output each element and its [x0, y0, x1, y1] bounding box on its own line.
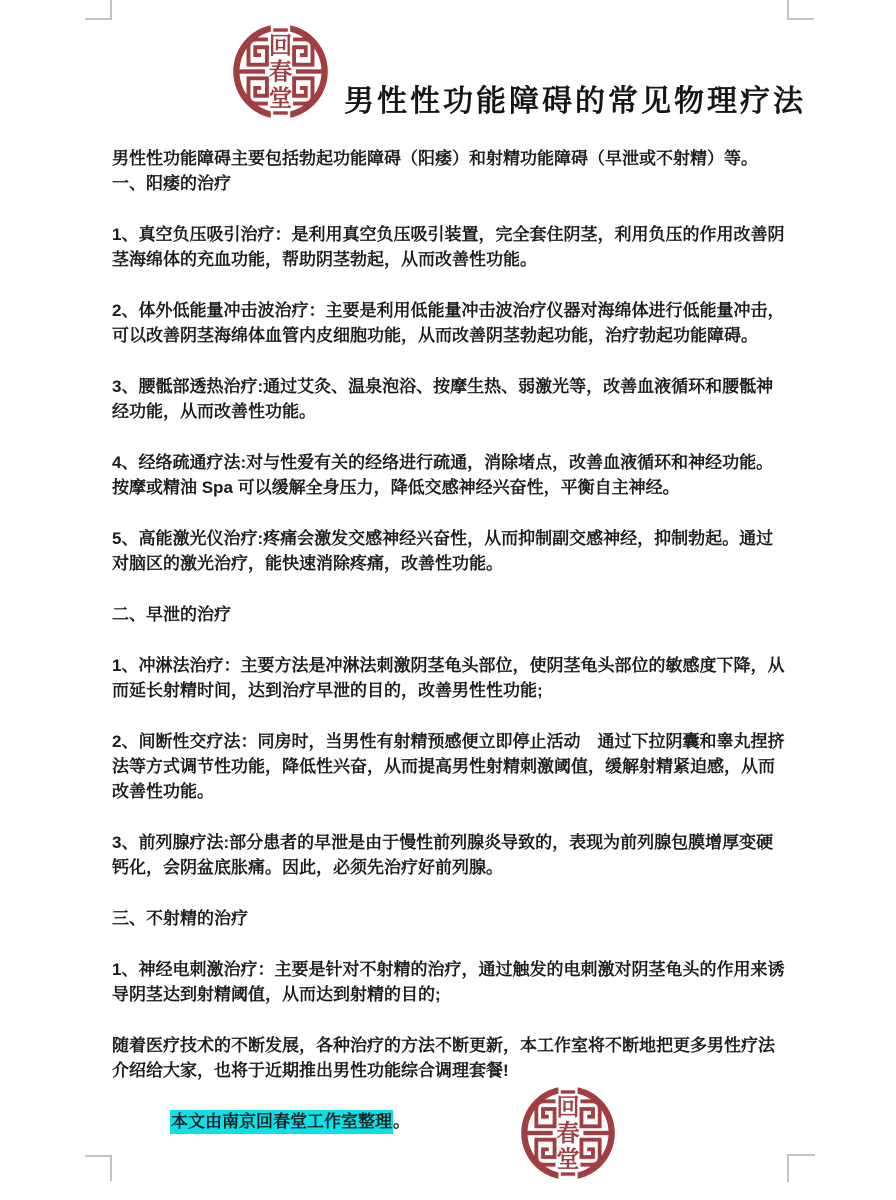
text-boundary-mark-bottom-right [787, 1154, 815, 1182]
section-heading-2: 二、早泄的治疗 [112, 602, 796, 627]
text-boundary-mark-bottom-left [85, 1155, 112, 1181]
column-bottom-bar [561, 1172, 575, 1175]
attribution-suffix: 。 [393, 1112, 410, 1131]
greek-key-motif-top-left [248, 39, 267, 64]
mid-bar-left [522, 1131, 552, 1135]
mid-bar-right [583, 1131, 613, 1135]
section-heading-3: 三、不射精的治疗 [112, 906, 796, 931]
paragraph-prostate-therapy: 3、前列腺疗法:部分患者的早泄是由于慢性前列腺炎导致的，表现为前列腺包膜增厚变硬… [112, 830, 796, 880]
text-boundary-mark-top-left [85, 0, 112, 20]
paragraph-vacuum-therapy: 1、真空负压吸引治疗：是利用真空负压吸引装置，完全套住阴茎，利用负压的作用改善阴… [112, 222, 796, 272]
attribution-line: 本文由南京回春堂工作室整理。 [112, 1109, 796, 1134]
logo-char-chun: 春 [269, 59, 293, 85]
document-page: { "page": { "title": "男性性功能障碍的常见物理疗法" },… [0, 0, 896, 1200]
greek-key-motif-top-left [536, 1101, 555, 1126]
closing-paragraph: 随着医疗技术的不断发展，各种治疗的方法不断更新，本工作室将不断地把更多男性疗法 … [112, 1033, 796, 1083]
paragraph-laser-therapy: 5、高能激光仪治疗:疼痛会激发交感神经兴奋性，从而抑制副交感神经，抑制勃起。通过… [112, 526, 796, 576]
document-body: 男性性功能障碍主要包括勃起功能障碍（阳痿）和射精功能障碍（早泄或不射精）等。 一… [112, 146, 796, 1134]
huichuntang-logo-top: 回 春 堂 [232, 23, 329, 120]
huichuntang-logo-bottom: 回 春 堂 [520, 1085, 616, 1181]
text-boundary-mark-top-right [787, 0, 814, 20]
logo-char-chun: 春 [556, 1120, 579, 1146]
mid-bar-left [234, 69, 265, 73]
paragraph-electrostimulation-therapy: 1、神经电刺激治疗：主要是针对不射精的治疗，通过触发的电刺激对阴茎龟头的作用来诱… [112, 957, 796, 1007]
logo-char-hui: 回 [556, 1094, 579, 1120]
greek-key-motif-bottom-left [248, 78, 267, 103]
paragraph-rinse-therapy: 1、冲淋法治疗：主要方法是冲淋法刺激阴茎龟头部位，使阴茎龟头部位的敏感度下降，从… [112, 653, 796, 703]
greek-key-motif-bottom-right [580, 1140, 599, 1165]
paragraph-shockwave-therapy: 2、体外低能量冲击波治疗：主要是利用低能量冲击波治疗仪器对海绵体进行低能量冲击，… [112, 298, 796, 348]
column-top-bar [273, 28, 288, 31]
paragraph-intermittent-therapy: 2、间断性交疗法：同房时，当男性有射精预感便立即停止活动 通过下拉阴囊和睾丸捏挤… [112, 729, 796, 804]
logo-char-hui: 回 [269, 33, 292, 59]
column-bottom-bar [273, 111, 288, 114]
section-heading-1: 一、阳痿的治疗 [112, 171, 796, 196]
intro-paragraph: 男性性功能障碍主要包括勃起功能障碍（阳痿）和射精功能障碍（早泄或不射精）等。 [112, 146, 796, 171]
column-top-bar [561, 1090, 575, 1093]
logo-char-tang: 堂 [269, 85, 292, 111]
logo-char-tang: 堂 [556, 1146, 579, 1172]
greek-key-motif-top-right [580, 1101, 599, 1126]
greek-key-motif-bottom-right [293, 78, 312, 103]
page-title: 男性性功能障碍的常见物理疗法 [344, 76, 806, 120]
mid-bar-right [296, 69, 327, 73]
attribution-highlight: 本文由南京回春堂工作室整理 [170, 1110, 393, 1134]
paragraph-diathermy-therapy: 3、腰骶部透热治疗:通过艾灸、温泉泡浴、按摩生热、弱激光等，改善血液循环和腰骶神… [112, 374, 796, 424]
paragraph-meridian-therapy: 4、经络疏通疗法:对与性爱有关的经络进行疏通，消除堵点，改善血液循环和神经功能。… [112, 450, 796, 500]
greek-key-motif-bottom-left [536, 1140, 555, 1165]
greek-key-motif-top-right [293, 39, 312, 64]
